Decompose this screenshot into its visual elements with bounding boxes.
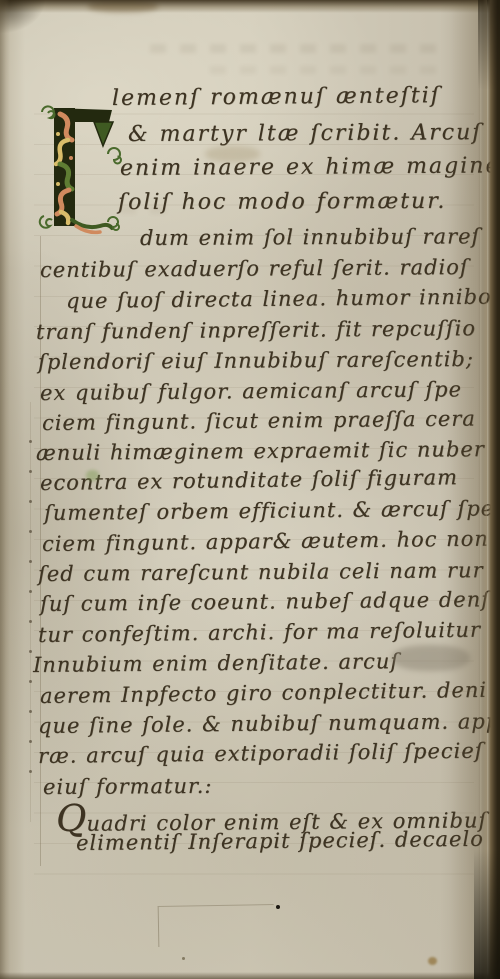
initial-bottom-left-spiral <box>40 216 52 228</box>
pricking-dot <box>29 590 32 593</box>
manuscript-line: ciem fingunt. ſicut enim praeſſa cera <box>42 408 476 434</box>
manuscript-line: ciem fingunt. appar& æutem. hoc non ſep̄ <box>42 528 500 555</box>
manuscript-line: ex quibuſ fulgor. aemicanſ arcuſ ſpe <box>40 379 462 404</box>
pricking-dot <box>29 560 32 563</box>
pricking-dot <box>29 620 32 623</box>
manuscript-line: centibuſ exaduerſo reful ſerit. radioſ <box>40 257 469 281</box>
binding-gutter-top-shadow <box>478 0 500 90</box>
manuscript-line: ſplendoriſ eiuſ Innubibuſ rareſcentib; <box>38 349 474 373</box>
pricking-dot <box>29 680 32 683</box>
scratch-mark <box>158 904 275 947</box>
manuscript-line: tur confeſtim. archi. for ma reſoluitur <box>38 620 481 646</box>
manuscript-line: ænuli himæginem expraemit ſic nuber <box>36 439 485 464</box>
show-through-text <box>330 476 450 484</box>
manuscript-line: ræ. arcuſ quia extiporadii ſoliſ ſpecieſ <box>38 741 484 767</box>
manuscript-line: lemenſ romænuſ ænteſtiſ <box>112 85 441 110</box>
manuscript-line: ſuſ cum inſe coeunt. nubeſ adque denſan <box>40 589 500 615</box>
page-curvature-shadow <box>440 0 480 979</box>
initial-berry-2 <box>69 156 73 160</box>
pricking-dot <box>29 470 32 473</box>
initial-berry-3 <box>56 182 60 186</box>
show-through-text <box>120 206 180 214</box>
manuscript-line: Innubium enim denſitate. arcuſ <box>33 651 399 676</box>
initial-top-left-spiral <box>42 106 55 118</box>
pricking-dot <box>29 440 32 443</box>
stain-green-spot <box>86 470 99 481</box>
manuscript-line: dum enim ſol innubibuſ rareſ <box>140 226 480 249</box>
pricking-dot <box>29 740 32 743</box>
stain-brown-dot <box>428 957 437 965</box>
manuscript-photo: lemenſ romænuſ ænteſtiſ& martyr ltæ ſcri… <box>0 0 500 979</box>
page-bottom-edge <box>0 972 500 979</box>
binding-gutter <box>478 0 500 979</box>
ink-dot <box>276 905 280 909</box>
initial-pendant-leaf <box>94 122 113 146</box>
pricking-dot <box>29 650 32 653</box>
show-through-text <box>210 66 450 74</box>
decorated-initial-c <box>38 100 128 240</box>
margin-ruling-line-faint <box>30 402 31 822</box>
stain-tiny-dot <box>182 957 185 960</box>
manuscript-line: ſed cum rareſcunt nubila celi nam rur <box>38 560 484 585</box>
manuscript-line: que ſine ſole. & nubibuſ numquam. appa <box>38 711 500 737</box>
pricking-dot <box>29 770 32 773</box>
pricking-dot <box>29 500 32 503</box>
manuscript-line: que ſuoſ directa linea. humor inniboloſo <box>66 286 500 312</box>
page-top-edge <box>0 0 500 13</box>
pricking-dot <box>29 710 32 713</box>
binding-gutter-bottom-shadow <box>474 849 500 979</box>
manuscript-line: ſumenteſ orbem efficiunt. & ærcuſ ſpe <box>44 498 494 524</box>
initial-berry-1 <box>56 132 60 136</box>
manuscript-line: eiuſ formatur.: <box>43 776 213 798</box>
manuscript-line: elimentiſ Inſerapit ſpecieſ. decaelo <box>76 829 484 854</box>
page-left-edge <box>0 0 10 979</box>
manuscript-line: & martyr ltæ ſcribit. Arcuſ <box>128 122 483 146</box>
pricking-dot <box>29 530 32 533</box>
show-through-text <box>150 44 450 53</box>
manuscript-line: tranſ fundenſ inpreſſerit. fit repcuſſio <box>36 318 476 343</box>
stain-tan-smudge <box>205 146 260 162</box>
